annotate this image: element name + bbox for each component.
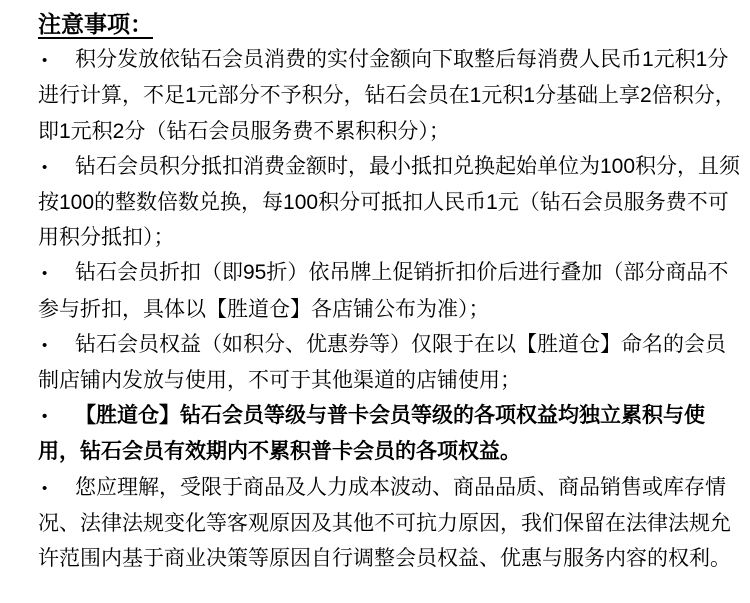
- bullet-icon: •: [42, 43, 56, 78]
- notice-item-tier-independence: •【胜道仓】钻石会员等级与普卡会员等级的各项权益均独立累积与使用，钻石会员有效期…: [38, 398, 745, 469]
- bullet-icon: •: [42, 471, 56, 506]
- bullet-icon: •: [42, 256, 56, 291]
- notice-document: 注意事项： •积分发放依钻石会员消费的实付金额向下取整后每消费人民币1元积1分进…: [0, 0, 750, 603]
- notice-item-text: 您应理解，受限于商品及人力成本波动、商品品质、商品销售或库存情况、法律法规变化等…: [38, 476, 731, 570]
- notice-item-text: 钻石会员折扣（即95折）依吊牌上促销折扣价后进行叠加（部分商品不参与折扣，具体以…: [38, 261, 728, 320]
- notice-item-text: 【胜道仓】钻石会员等级与普卡会员等级的各项权益均独立累积与使用，钻石会员有效期内…: [38, 404, 705, 463]
- notice-item-text: 钻石会员积分抵扣消费金额时，最小抵扣兑换起始单位为100积分，且须按100的整数…: [38, 155, 740, 249]
- bullet-icon: •: [42, 150, 56, 185]
- notice-item-benefit-scope: •钻石会员权益（如积分、优惠券等）仅限于在以【胜道仓】命名的会员制店铺内发放与使…: [38, 327, 745, 398]
- page-title: 注意事项：: [38, 7, 745, 42]
- notice-item-points-earning: •积分发放依钻石会员消费的实付金额向下取整后每消费人民币1元积1分进行计算，不足…: [38, 42, 745, 149]
- notice-item-text: 积分发放依钻石会员消费的实付金额向下取整后每消费人民币1元积1分进行计算，不足1…: [38, 48, 736, 142]
- notice-item-member-discount: •钻石会员折扣（即95折）依吊牌上促销折扣价后进行叠加（部分商品不参与折扣，具体…: [38, 255, 745, 326]
- notice-item-adjustment-rights: •您应理解，受限于商品及人力成本波动、商品品质、商品销售或库存情况、法律法规变化…: [38, 470, 745, 577]
- notice-item-text: 钻石会员权益（如积分、优惠券等）仅限于在以【胜道仓】命名的会员制店铺内发放与使用…: [38, 333, 726, 392]
- notice-item-points-deduction: •钻石会员积分抵扣消费金额时，最小抵扣兑换起始单位为100积分，且须按100的整…: [38, 149, 745, 256]
- bullet-icon: •: [42, 328, 56, 363]
- bullet-icon: •: [42, 399, 56, 434]
